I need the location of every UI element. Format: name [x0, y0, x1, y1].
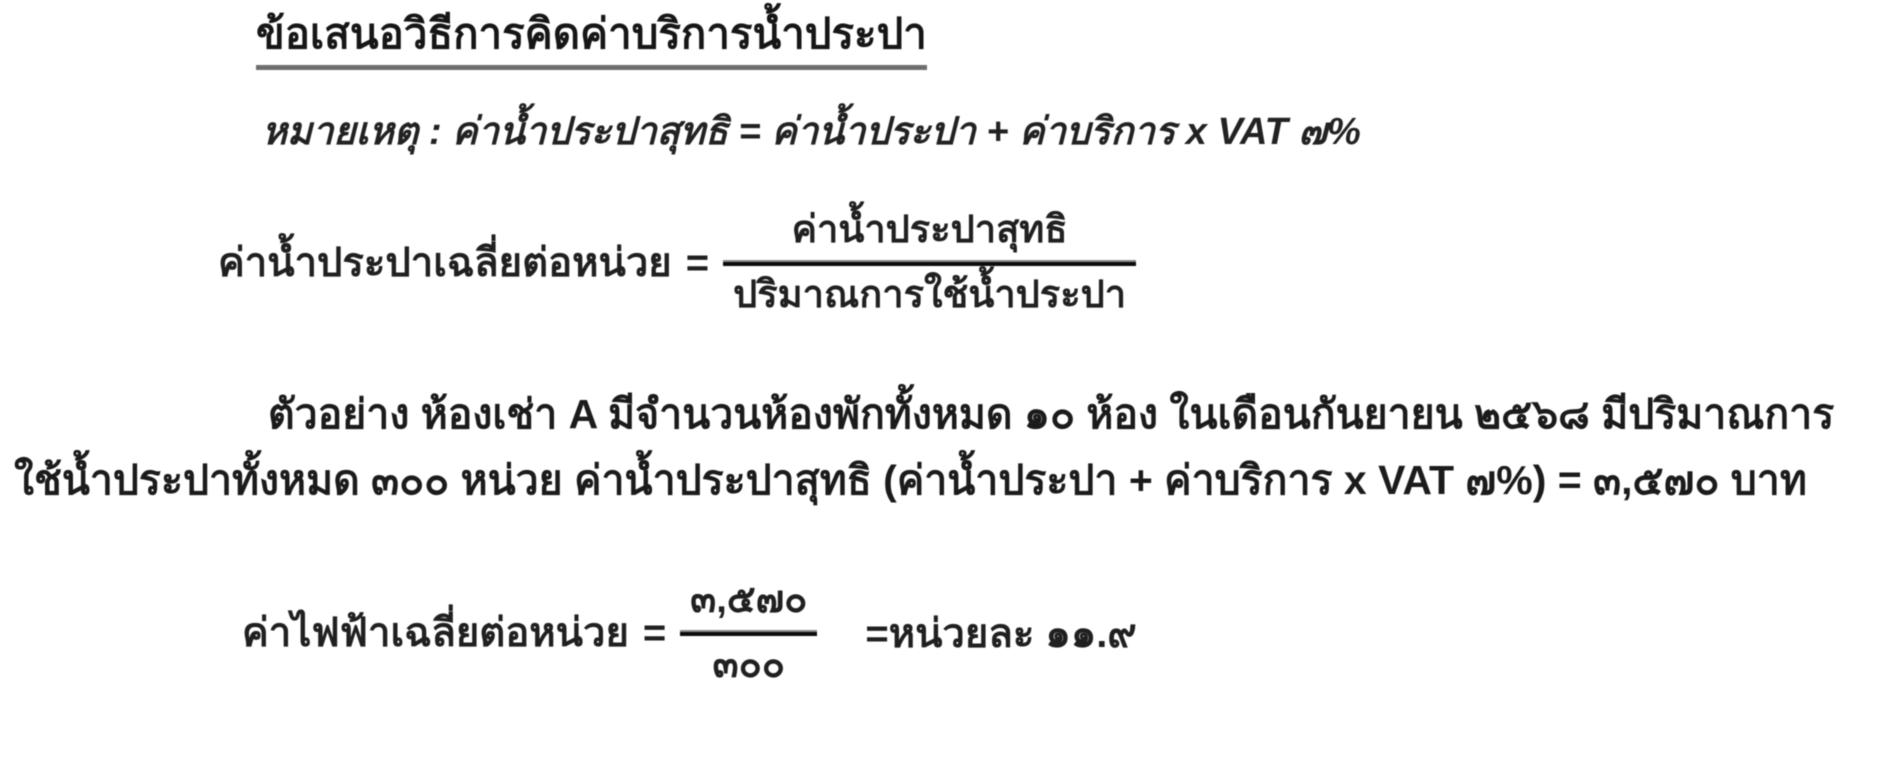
formula1-fraction: ค่าน้ำประปาสุทธิ ปริมาณการใช้น้ำประปา [723, 205, 1136, 322]
formula1-fraction-bar [723, 260, 1136, 266]
formula1-fraction-denominator: ปริมาณการใช้น้ำประปา [723, 270, 1136, 321]
formula2-lhs: ค่าไฟฟ้าเฉลี่ยต่อหน่วย [242, 605, 629, 661]
formula-unit-average: ค่าไฟฟ้าเฉลี่ยต่อหน่วย = ๓,๕๗๐ ๓๐๐ =หน่ว… [242, 575, 1137, 692]
formula1-fraction-numerator: ค่าน้ำประปาสุทธิ [782, 205, 1078, 256]
formula1-lhs: ค่าน้ำประปาเฉลี่ยต่อหน่วย [218, 235, 672, 291]
formula1-equals-sign: = [686, 241, 709, 286]
formula2-fraction-numerator: ๓,๕๗๐ [680, 575, 817, 626]
document-title: ข้อเสนอวิธีการคิดค่าบริการน้ำประปา [256, 8, 927, 70]
example-line-2: ใช้น้ำประปาทั้งหมด ๓๐๐ หน่วย ค่าน้ำประปา… [14, 452, 1807, 509]
formula2-fraction-denominator: ๓๐๐ [703, 640, 795, 691]
formula2-fraction: ๓,๕๗๐ ๓๐๐ [680, 575, 817, 692]
formula2-result: =หน่วยละ ๑๑.๙ [865, 601, 1136, 665]
formula2-fraction-bar [680, 630, 817, 636]
formula2-equals-sign: = [643, 611, 666, 656]
note-line: หมายเหตุ : ค่าน้ำประปาสุทธิ = ค่าน้ำประป… [262, 106, 1361, 159]
formula-water-average: ค่าน้ำประปาเฉลี่ยต่อหน่วย = ค่าน้ำประปาส… [218, 205, 1136, 322]
document-page: ข้อเสนอวิธีการคิดค่าบริการน้ำประปา หมายเ… [0, 0, 1894, 772]
example-line-1: ตัวอย่าง ห้องเช่า A มีจำนวนห้องพักทั้งหม… [268, 386, 1834, 443]
